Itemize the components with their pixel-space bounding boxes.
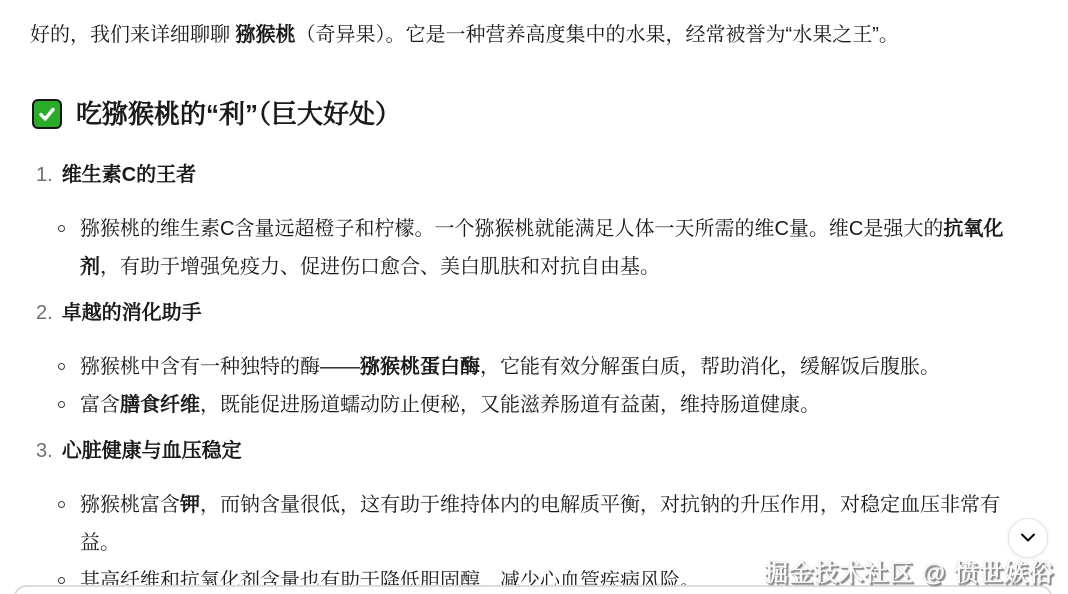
benefit-item-head: 1. 维生素C的王者 <box>36 160 1040 190</box>
benefit-item-number: 3. <box>36 436 53 466</box>
benefit-item-title: 卓越的消化助手 <box>62 298 202 328</box>
benefit-item-head: 2. 卓越的消化助手 <box>36 298 1040 328</box>
benefit-bullet: 富含膳食纤维，既能促进肠道蠕动防止便秘，又能滋养肠道有益菌，维持肠道健康。 <box>80 386 1040 424</box>
benefit-bullet-text: 猕猴桃中含有一种独特的酶——猕猴桃蛋白酶，它能有效分解蛋白质，帮助消化，缓解饭后… <box>80 356 940 378</box>
benefit-bullet-text: 猕猴桃富含钾，而钠含量很低，这有助于维持体内的电解质平衡，对抗钠的升压作用，对稳… <box>80 494 1000 554</box>
chevron-down-icon <box>1020 533 1036 543</box>
benefit-bullet: 猕猴桃中含有一种独特的酶——猕猴桃蛋白酶，它能有效分解蛋白质，帮助消化，缓解饭后… <box>80 348 1040 386</box>
hollow-bullet-icon <box>58 225 65 232</box>
hollow-bullet-icon <box>58 401 65 408</box>
benefit-bullet: 猕猴桃富含钾，而钠含量很低，这有助于维持体内的电解质平衡，对抗钠的升压作用，对稳… <box>80 486 1040 562</box>
scroll-to-bottom-button[interactable] <box>1008 518 1048 558</box>
benefit-item-title: 心脏健康与血压稳定 <box>62 436 242 466</box>
benefit-item: 2. 卓越的消化助手 猕猴桃中含有一种独特的酶——猕猴桃蛋白酶，它能有效分解蛋白… <box>30 298 1040 424</box>
watermark: 掘金技术社区 @ 愤世嫉俗 <box>764 553 1054 588</box>
hollow-bullet-icon <box>58 577 65 584</box>
intro-paragraph: 好的，我们来详细聊聊 猕猴桃（奇异果）。它是一种营养高度集中的水果，经常被誉为“… <box>30 20 1040 50</box>
benefit-item: 1. 维生素C的王者 猕猴桃的维生素C含量远超橙子和柠檬。一个猕猴桃就能满足人体… <box>30 160 1040 286</box>
section-heading-text: 吃猕猴桃的“利”（巨大好处） <box>76 96 401 132</box>
benefit-item-number: 1. <box>36 160 53 190</box>
benefit-bullet: 猕猴桃的维生素C含量远超橙子和柠檬。一个猕猴桃就能满足人体一天所需的维C量。维C… <box>80 210 1040 286</box>
section-heading: 吃猕猴桃的“利”（巨大好处） <box>32 96 1040 132</box>
benefit-sublist: 猕猴桃的维生素C含量远超橙子和柠檬。一个猕猴桃就能满足人体一天所需的维C量。维C… <box>30 210 1040 286</box>
benefit-item-title: 维生素C的王者 <box>62 160 196 190</box>
benefits-ordered-list: 1. 维生素C的王者 猕猴桃的维生素C含量远超橙子和柠檬。一个猕猴桃就能满足人体… <box>30 160 1040 594</box>
benefit-bullet-text: 猕猴桃的维生素C含量远超橙子和柠檬。一个猕猴桃就能满足人体一天所需的维C量。维C… <box>80 218 1003 278</box>
hollow-bullet-icon <box>58 363 65 370</box>
benefit-sublist: 猕猴桃中含有一种独特的酶——猕猴桃蛋白酶，它能有效分解蛋白质，帮助消化，缓解饭后… <box>30 348 1040 424</box>
benefit-item-number: 2. <box>36 298 53 328</box>
benefit-bullet-text: 富含膳食纤维，既能促进肠道蠕动防止便秘，又能滋养肠道有益菌，维持肠道健康。 <box>80 394 820 416</box>
hollow-bullet-icon <box>58 501 65 508</box>
chat-message-content: 好的，我们来详细聊聊 猕猴桃（奇异果）。它是一种营养高度集中的水果，经常被誉为“… <box>0 0 1068 594</box>
check-mark-emoji-icon <box>32 99 62 129</box>
benefit-item-head: 3. 心脏健康与血压稳定 <box>36 436 1040 466</box>
